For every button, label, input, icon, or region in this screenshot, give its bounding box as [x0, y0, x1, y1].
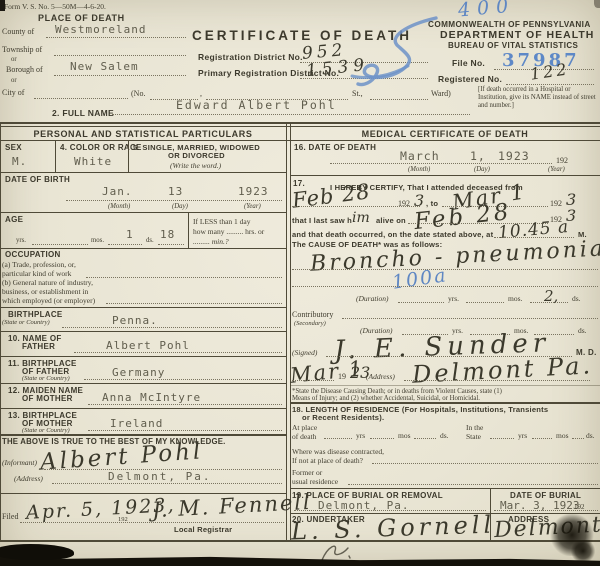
of-death-label: of death [292, 432, 316, 441]
age-months-value: 1 [126, 228, 134, 241]
borough-label: Borough of [6, 65, 43, 74]
date-of-death-month: March [400, 149, 440, 163]
borough-value: New Salem [70, 60, 139, 73]
age-label: AGE [5, 215, 23, 224]
dotted-line [494, 510, 598, 511]
row-divider [290, 175, 600, 176]
printed-19: 19 [338, 372, 346, 381]
alive-on-label: alive on [376, 216, 406, 225]
dob-label: DATE OF BIRTH [5, 175, 70, 184]
dotted-line [572, 438, 584, 439]
registration-district-label: Registration District No. [198, 52, 303, 62]
township-label: Township of [2, 45, 42, 54]
race-value: White [74, 155, 112, 168]
at-place-label: At place [292, 423, 317, 432]
dotted-line [530, 302, 568, 303]
department-heading: DEPARTMENT OF HEALTH [440, 29, 594, 41]
father-name-value: Albert Pohl [106, 339, 190, 352]
filed-label: Filed [2, 512, 18, 521]
scan-bottom-band [0, 553, 600, 566]
city-label: City of [2, 88, 24, 97]
dotted-line [34, 98, 128, 99]
dotted-line [54, 75, 186, 76]
duration-ds-label: ds. [578, 326, 587, 335]
last-saw-him-handwritten: im [352, 210, 370, 226]
dotted-line [84, 379, 282, 380]
yrs-label: yrs [356, 431, 365, 440]
dotted-line [506, 84, 594, 85]
dotted-line [88, 430, 282, 431]
marital-note: (Write the word.) [170, 161, 221, 170]
dotted-line [88, 404, 282, 405]
dotted-line [330, 163, 552, 164]
printed-192: 192 [550, 199, 562, 208]
dotted-line [112, 114, 470, 115]
form-number: Form V. S. No. 5—50M—4-6-20. [4, 2, 106, 11]
scan-edge-mark [0, 0, 5, 11]
rule [290, 385, 600, 386]
date-of-death-label: 16. DATE OF DEATH [294, 143, 376, 152]
dob-month: Jan. [102, 185, 133, 198]
printed-192: 192 [556, 156, 568, 165]
dotted-line [74, 352, 282, 353]
former-residence-line1: Former or [292, 468, 322, 477]
dotted-line [66, 200, 282, 201]
mother-birthplace-value: Ireland [110, 417, 163, 430]
county-value: Westmoreland [55, 23, 146, 36]
duration-ds-label: ds. [572, 294, 581, 303]
death-certificate-scan: Form V. S. No. 5—50M—4-6-20. PLACE OF DE… [0, 0, 600, 566]
duration-mos-label: mos. [508, 294, 522, 303]
or-label: or [11, 77, 17, 84]
dotted-line [54, 55, 186, 56]
full-name-label: 2. FULL NAME [52, 108, 114, 118]
section-divider [0, 140, 600, 141]
last-saw-label: that I last saw h [292, 216, 352, 225]
date-of-death-day: 1, [470, 149, 486, 163]
less-than-day-line2: how many ......... hrs. or [193, 227, 264, 236]
occupation-b3: which employed (or employer) [2, 296, 95, 305]
dotted-line [414, 438, 436, 439]
row-divider [0, 408, 286, 409]
dotted-line [52, 483, 282, 484]
section-divider [0, 122, 600, 124]
dotted-line [324, 438, 352, 439]
year-caption: (Year) [548, 166, 565, 173]
state-or-country: (State or Country) [22, 427, 70, 434]
ink-blot [570, 540, 596, 562]
birthplace-label: BIRTHPLACE [8, 310, 63, 319]
row-divider [0, 172, 286, 173]
state-or-country: (State or Country) [22, 375, 70, 382]
handwritten-400-mark: 400 [457, 0, 516, 21]
in-the-label: In the [466, 423, 483, 432]
age-ds-label: ds. [146, 237, 154, 244]
dotted-line [62, 327, 282, 328]
dotted-line [466, 302, 504, 303]
cell-divider [188, 212, 189, 248]
yrs-label: yrs [518, 431, 527, 440]
row-divider [0, 383, 286, 384]
column-divider [286, 122, 287, 541]
dotted-line [490, 438, 514, 439]
bureau-heading: BUREAU OF VITAL STATISTICS [448, 41, 578, 50]
month-caption: (Month) [408, 166, 430, 173]
dotted-line [86, 277, 282, 278]
race-label: 4. COLOR OR RACE [60, 143, 142, 152]
less-than-day-line3: ......... min.? [193, 237, 229, 246]
informant-label: (Informant) [2, 458, 37, 467]
file-no-label: File No. [452, 58, 485, 68]
section-divider [0, 126, 600, 127]
bottom-border [0, 540, 600, 542]
age-mos-label: mos. [91, 237, 104, 244]
age-days-value: 18 [160, 228, 175, 241]
disease-contracted-line1: Where was disease contracted, [292, 447, 384, 456]
dob-year: 1923 [238, 185, 269, 198]
contributory-label: Contributory [292, 310, 333, 319]
cell-divider [128, 140, 129, 172]
dotted-line [106, 303, 282, 304]
dotted-line [398, 302, 444, 303]
marital-label-2: OR DIVORCED [168, 151, 225, 160]
day-caption: (Day) [474, 166, 490, 173]
left-section-title: PERSONAL AND STATISTICAL PARTICULARS [0, 129, 286, 139]
dotted-line [532, 438, 552, 439]
street-label: St., [352, 89, 363, 98]
duration-label: (Duration) [356, 294, 389, 303]
comma: , [200, 89, 202, 98]
footnote-line2: Means of Injury; and (2) whether Acciden… [292, 395, 480, 402]
dotted-line [158, 244, 184, 245]
dotted-line [370, 438, 394, 439]
dotted-line [342, 318, 598, 319]
scan-corner-blob [0, 544, 74, 560]
row-divider [0, 331, 286, 332]
mos-label: mos [398, 431, 411, 440]
signed-label: (Signed) [292, 348, 317, 357]
row-divider [0, 307, 286, 308]
former-residence-line2: usual residence [292, 477, 338, 486]
occupation-a1: (a) Trade, profession, or, [2, 260, 76, 269]
row-divider [0, 248, 286, 249]
row-divider [290, 488, 600, 489]
column-divider [290, 122, 291, 541]
right-section-title: MEDICAL CERTIFICATE OF DEATH [290, 129, 600, 139]
hospital-note: [If death occurred in a Hospital or Inst… [478, 86, 598, 110]
row-divider [290, 402, 600, 404]
place-of-death-heading: PLACE OF DEATH [38, 13, 125, 23]
local-registrar-label: Local Registrar [174, 525, 232, 534]
full-name-value: Edward Albert Pohl [176, 98, 337, 112]
or-label: or [11, 56, 17, 63]
informant-address-value: Delmont, Pa. [108, 470, 211, 483]
duration-yrs-label: yrs. [448, 294, 459, 303]
occupation-b2: business, or establishment in [2, 287, 88, 296]
ds-label: ds. [440, 431, 449, 440]
dotted-line [404, 380, 590, 381]
residence-label-line2: or Recent Residents). [302, 413, 384, 422]
footnote-line1: *State the Disease Causing Death; or in … [292, 388, 502, 395]
state-or-country: (State or Country) [2, 319, 50, 326]
occupation-a2: particular kind of work [2, 269, 71, 278]
month-caption: (Month) [108, 203, 130, 210]
printed-192: 192 [398, 199, 410, 208]
mos-label: mos [556, 431, 569, 440]
informant-address-label: (Address) [14, 474, 43, 483]
father-name-label2: FATHER [22, 342, 55, 351]
county-label: County of [2, 27, 34, 36]
state-label: State [466, 432, 481, 441]
birthplace-value: Penna. [112, 314, 158, 327]
disease-contracted-line2: If not at place of death? [292, 456, 363, 465]
ds-label: ds. [586, 431, 595, 440]
dotted-line [372, 463, 598, 464]
signed-address-label: (Address) [366, 372, 395, 381]
death-occurred-label: and that death occurred, on the date sta… [292, 230, 493, 239]
mother-name-value: Anna McIntyre [102, 391, 201, 404]
date-of-death-year: 1923 [498, 149, 530, 163]
dotted-line [348, 484, 598, 485]
dotted-line [46, 37, 186, 38]
day-caption: (Day) [172, 203, 188, 210]
ward-label: Ward) [431, 89, 451, 98]
registered-no-value: 122 [529, 59, 571, 83]
sex-label: SEX [5, 143, 22, 152]
dotted-line [20, 522, 284, 523]
row-divider [0, 434, 286, 436]
registrar-signature: J. M. Fennell [151, 490, 312, 522]
scan-edge-mark [594, 0, 600, 8]
no-label: (No. [131, 89, 145, 98]
commonwealth-heading: COMMONWEALTH OF PENNSYLVANIA [428, 20, 591, 29]
age-yrs-label: yrs. [16, 237, 26, 244]
mother-name-label2: OF MOTHER [22, 394, 73, 403]
year-caption: (Year) [244, 203, 261, 210]
dotted-line [32, 244, 88, 245]
dob-day: 13 [168, 185, 183, 198]
row-divider [0, 356, 286, 357]
row-divider [0, 212, 286, 213]
dotted-line [370, 99, 428, 100]
sex-value: M. [12, 155, 27, 168]
father-birthplace-value: Germany [112, 366, 165, 379]
occupation-b1: (b) General nature of industry, [2, 278, 93, 287]
occupation-label: OCCUPATION [5, 250, 61, 259]
dotted-line [108, 244, 142, 245]
dotted-line [292, 380, 334, 381]
secondary-label: (Secondary) [294, 320, 326, 327]
cell-divider [55, 140, 56, 172]
less-than-day-line1: If LESS than 1 day [193, 217, 251, 226]
